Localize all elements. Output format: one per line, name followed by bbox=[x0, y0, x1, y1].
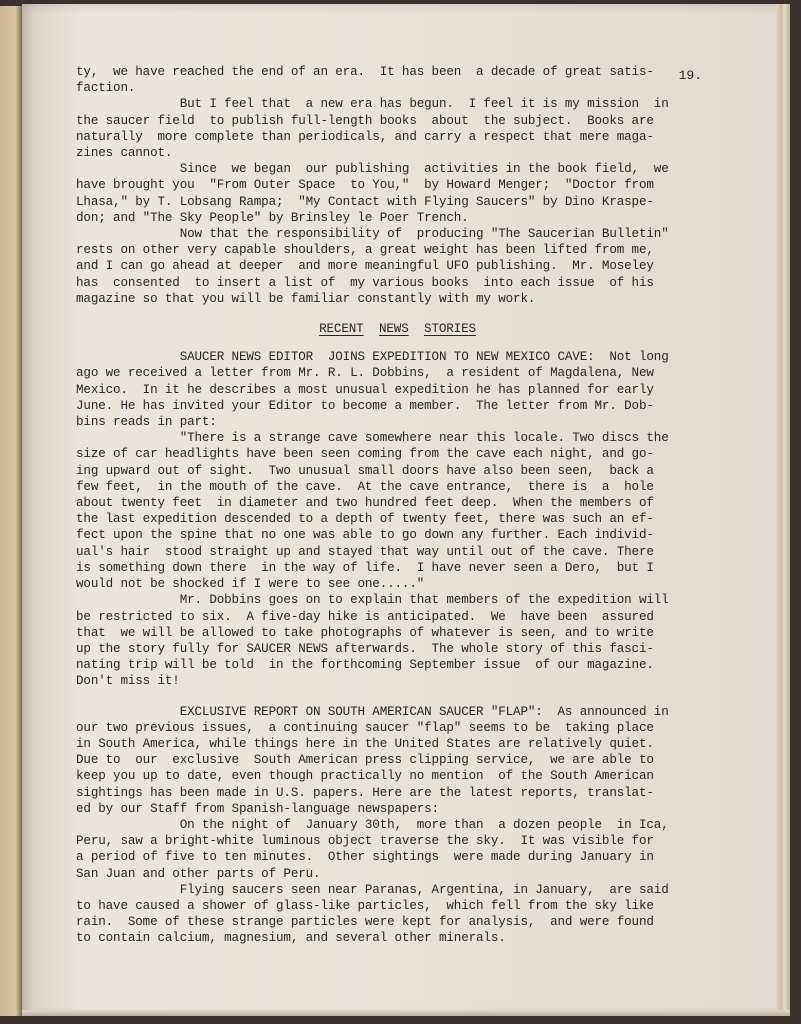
text-line: about twenty feet in diameter and two hu… bbox=[76, 495, 719, 511]
text-line: Lhasa," by T. Lobsang Rampa; "My Contact… bbox=[76, 194, 719, 210]
text-line: EXCLUSIVE REPORT ON SOUTH AMERICAN SAUCE… bbox=[76, 704, 719, 720]
text-line: would not be shocked if I were to see on… bbox=[76, 576, 719, 592]
adjacent-page-edge bbox=[0, 6, 22, 1016]
text-line: ty, we have reached the end of an era. I… bbox=[76, 64, 719, 80]
paragraph: But I feel that a new era has begun. I f… bbox=[76, 96, 719, 161]
paragraph: On the night of January 30th, more than … bbox=[76, 817, 719, 882]
paragraph: ty, we have reached the end of an era. I… bbox=[76, 64, 719, 96]
text-line: nating trip will be told in the forthcom… bbox=[76, 657, 719, 673]
text-line: bins reads in part: bbox=[76, 414, 719, 430]
heading-word: RECENT bbox=[319, 322, 363, 336]
paragraph: Mr. Dobbins goes on to explain that memb… bbox=[76, 592, 719, 689]
text-line: ual's hair stood straight up and stayed … bbox=[76, 544, 719, 560]
text-line: fect upon the spine that no one was able… bbox=[76, 527, 719, 543]
text-line: Since we began our publishing activities… bbox=[76, 161, 719, 177]
paragraph: "There is a strange cave somewhere near … bbox=[76, 430, 719, 592]
text-line: Mexico. In it he describes a most unusua… bbox=[76, 382, 719, 398]
text-line: up the story fully for SAUCER NEWS after… bbox=[76, 641, 719, 657]
text-line: to have caused a shower of glass-like pa… bbox=[76, 898, 719, 914]
page-edge-right bbox=[776, 4, 790, 1016]
news-story-cave-expedition: SAUCER NEWS EDITOR JOINS EXPEDITION TO N… bbox=[76, 349, 719, 689]
text-line: rain. Some of these strange particles we… bbox=[76, 914, 719, 930]
text-line: our two previous issues, a continuing sa… bbox=[76, 720, 719, 736]
news-story-south-america: EXCLUSIVE REPORT ON SOUTH AMERICAN SAUCE… bbox=[76, 704, 719, 947]
page-content: ty, we have reached the end of an era. I… bbox=[76, 64, 719, 947]
text-line: a period of five to ten minutes. Other s… bbox=[76, 849, 719, 865]
text-line: magazine so that you will be familiar co… bbox=[76, 291, 719, 307]
text-line: June. He has invited your Editor to beco… bbox=[76, 398, 719, 414]
text-line: "There is a strange cave somewhere near … bbox=[76, 430, 719, 446]
text-line: Due to our exclusive South American pres… bbox=[76, 752, 719, 768]
text-line: naturally more complete than periodicals… bbox=[76, 129, 719, 145]
text-line: size of car headlights have been seen co… bbox=[76, 446, 719, 462]
text-line: But I feel that a new era has begun. I f… bbox=[76, 96, 719, 112]
text-line: ago we received a letter from Mr. R. L. … bbox=[76, 365, 719, 381]
text-line: San Juan and other parts of Peru. bbox=[76, 866, 719, 882]
intro-section: ty, we have reached the end of an era. I… bbox=[76, 64, 719, 307]
text-line: few feet, in the mouth of the cave. At t… bbox=[76, 479, 719, 495]
text-line: rests on other very capable shoulders, a… bbox=[76, 242, 719, 258]
text-line: that we will be allowed to take photogra… bbox=[76, 625, 719, 641]
text-line: the last expedition descended to a depth… bbox=[76, 511, 719, 527]
page-edge-bottom bbox=[22, 1010, 790, 1016]
text-line: Now that the responsibility of producing… bbox=[76, 226, 719, 242]
text-line: and I can go ahead at deeper and more me… bbox=[76, 258, 719, 274]
text-line: Flying saucers seen near Paranas, Argent… bbox=[76, 882, 719, 898]
heading-word: STORIES bbox=[424, 322, 476, 336]
text-line: has consented to insert a list of my var… bbox=[76, 275, 719, 291]
text-line: the saucer field to publish full-length … bbox=[76, 113, 719, 129]
paragraph: Now that the responsibility of producing… bbox=[76, 226, 719, 307]
document-page: 19. ty, we have reached the end of an er… bbox=[22, 4, 790, 1016]
text-line: Mr. Dobbins goes on to explain that memb… bbox=[76, 592, 719, 608]
heading-word: NEWS bbox=[379, 322, 409, 336]
section-heading: RECENT NEWS STORIES bbox=[76, 321, 719, 337]
text-line: keep you up to date, even though practic… bbox=[76, 768, 719, 784]
text-line: On the night of January 30th, more than … bbox=[76, 817, 719, 833]
text-line: is something down there in the way of li… bbox=[76, 560, 719, 576]
text-line: in South America, while things here in t… bbox=[76, 736, 719, 752]
text-line: be restricted to six. A five-day hike is… bbox=[76, 609, 719, 625]
text-line: faction. bbox=[76, 80, 719, 96]
text-line: zines cannot. bbox=[76, 145, 719, 161]
text-line: sightings has been made in U.S. papers. … bbox=[76, 785, 719, 801]
text-line: have brought you "From Outer Space to Yo… bbox=[76, 177, 719, 193]
paragraph: Since we began our publishing activities… bbox=[76, 161, 719, 226]
paragraph: Flying saucers seen near Paranas, Argent… bbox=[76, 882, 719, 947]
text-line: ed by our Staff from Spanish-language ne… bbox=[76, 801, 719, 817]
text-line: don; and "The Sky People" by Brinsley le… bbox=[76, 210, 719, 226]
text-line: SAUCER NEWS EDITOR JOINS EXPEDITION TO N… bbox=[76, 349, 719, 365]
paragraph: SAUCER NEWS EDITOR JOINS EXPEDITION TO N… bbox=[76, 349, 719, 430]
text-line: ing upward out of sight. Two unusual sma… bbox=[76, 463, 719, 479]
text-line: to contain calcium, magnesium, and sever… bbox=[76, 930, 719, 946]
paragraph: EXCLUSIVE REPORT ON SOUTH AMERICAN SAUCE… bbox=[76, 704, 719, 817]
text-line: Don't miss it! bbox=[76, 673, 719, 689]
spacer bbox=[76, 690, 719, 704]
text-line: Peru, saw a bright-white luminous object… bbox=[76, 833, 719, 849]
